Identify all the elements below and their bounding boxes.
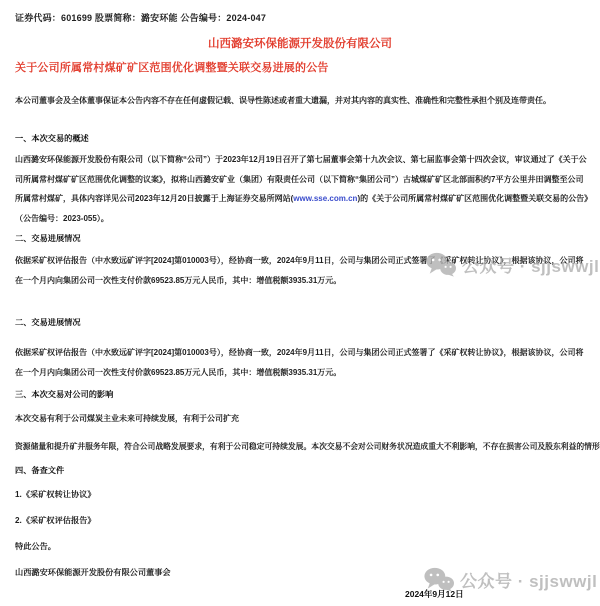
section-heading-progress-1: 二、交易进展情况 xyxy=(15,233,81,244)
section-heading-overview: 一、本次交易的概述 xyxy=(15,133,89,144)
impact-paragraph-1: 本次交易有利于公司煤炭主业未来可持续发展，有利于公司扩充 xyxy=(15,409,590,429)
sse-website-link[interactable]: www.sse.com.cn xyxy=(293,194,357,203)
company-title: 山西潞安环保能源开发股份有限公司 xyxy=(0,35,600,51)
watermark-label: 公众号 · sjjswwjl xyxy=(460,567,597,592)
announcement-date: 2024年9月12日 xyxy=(405,588,464,600)
disclaimer-paragraph: 本公司董事会及全体董事保证本公告内容不存在任何虚假记载、误导性陈述或者重大遗漏，… xyxy=(15,91,590,111)
section-heading-progress-2: 二、交易进展情况 xyxy=(15,317,81,328)
board-signature: 山西潞安环保能源开发股份有限公司董事会 xyxy=(15,567,171,578)
announcement-title: 关于公司所属常村煤矿矿区范围优化调整暨关联交易进展的公告 xyxy=(15,59,329,75)
progress-paragraph-1: 依据采矿权评估报告（中水致远矿评字[2024]第010003号），经协商一致，2… xyxy=(15,251,590,290)
announcement-document: 证券代码：601699 股票简称：潞安环能 公告编号：2024-047 山西潞安… xyxy=(0,0,600,606)
document-item-transfer-agreement: 1.《采矿权转让协议》 xyxy=(15,489,96,500)
document-item-valuation-report: 2.《采矿权评估报告》 xyxy=(15,515,96,526)
stock-code-line: 证券代码：601699 股票简称：潞安环能 公告编号：2024-047 xyxy=(15,11,266,24)
overview-paragraph: 山西潞安环保能源开发股份有限公司（以下简称“公司”）于2023年12月19日召开… xyxy=(15,150,590,228)
closing-statement: 特此公告。 xyxy=(15,541,56,552)
section-heading-documents: 四、备查文件 xyxy=(15,465,64,476)
section-heading-impact: 三、本次交易对公司的影响 xyxy=(15,389,113,400)
progress-paragraph-2: 依据采矿权评估报告（中水致远矿评字[2024]第010003号），经协商一致，2… xyxy=(15,343,590,382)
impact-paragraph-2: 资源储量和提升矿井服务年限，符合公司战略发展要求，有利于公司稳定可持续发展。本次… xyxy=(15,437,600,457)
